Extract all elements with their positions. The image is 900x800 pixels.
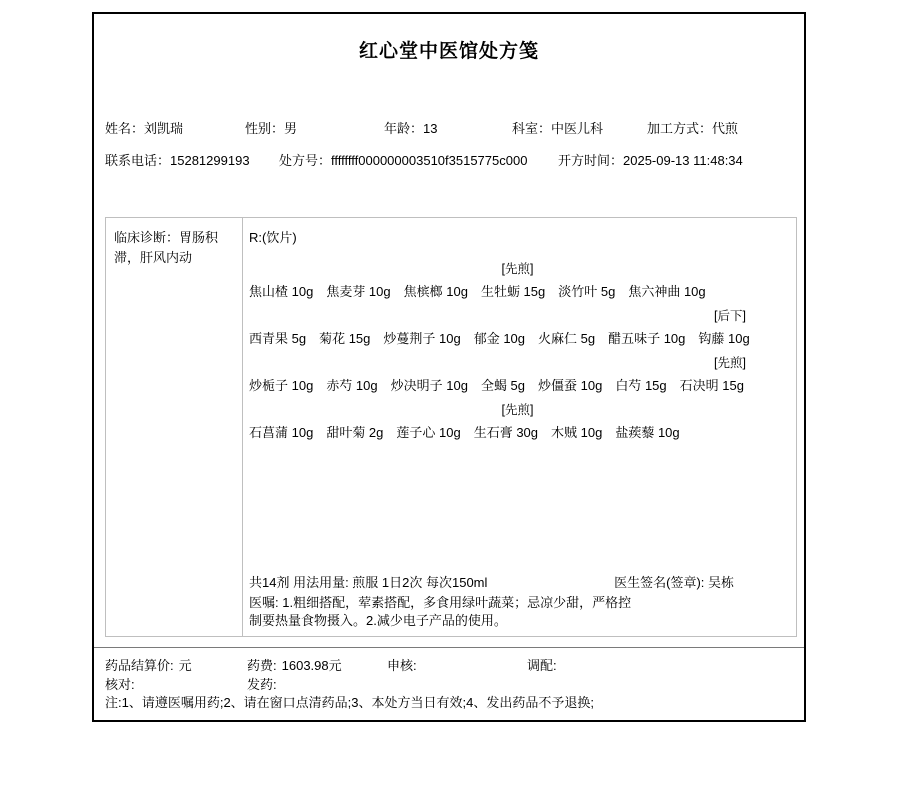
medicine-item: 木贼 10g: [551, 425, 602, 440]
medicine-item: 赤芍 10g: [326, 378, 377, 393]
department-label: 科室：: [512, 121, 551, 136]
patient-gender-value: 男: [284, 121, 297, 136]
decoction-group-label: [先煎]: [249, 354, 786, 372]
decoction-group-label: [先煎]: [249, 260, 786, 278]
medicine-item: 石菖蒲 10g: [249, 425, 313, 440]
settlement-section: 药品结算价:元 药费:1603.98元 申核: 调配: 核对: 发药: 注:1、…: [94, 647, 804, 712]
medicine-item: 焦麦芽 10g: [326, 284, 390, 299]
medicine-item: 焦山楂 10g: [249, 284, 313, 299]
clinic-title: 红心堂中医馆处方笺: [94, 36, 804, 63]
medicine-fee-field: 药费:1603.98元: [247, 655, 342, 674]
dispense-label: 发药:: [247, 677, 277, 692]
medicine-item: 莲子心 10g: [396, 425, 460, 440]
medicine-item: 甜叶菊 2g: [326, 425, 383, 440]
prescription-number-label: 处方号：: [279, 153, 331, 168]
patient-gender-label: 性别：: [245, 121, 284, 136]
medicine-item: 西青果 5g: [249, 331, 306, 346]
prescription-time-value: 2025-09-13 11:48:34: [623, 153, 743, 168]
medicine-item: 炒栀子 10g: [249, 378, 313, 393]
medicine-row: 西青果 5g菊花 15g炒蔓荆子 10g郁金 10g火麻仁 5g醋五味子 10g…: [249, 328, 786, 350]
rx-footer: 共14剂 用法用量: 煎服 1日2次 每次150ml 医生签名(签章): 吴栋 …: [249, 574, 788, 630]
medicine-item: 全蝎 5g: [481, 378, 525, 393]
medicine-item: 炒僵蚕 10g: [538, 378, 602, 393]
patient-name-field: 姓名：刘凯瑞: [105, 118, 183, 137]
patient-name-value: 刘凯瑞: [144, 121, 183, 136]
patient-age-value: 13: [423, 121, 437, 136]
medicine-item: 菊花 15g: [319, 331, 370, 346]
phone-field: 联系电话：15281299193: [105, 150, 250, 169]
medical-advice: 医嘱: 1.粗细搭配，荤素搭配，多食用绿叶蔬菜；忌凉少甜，严格控制要热量食物摄入…: [249, 594, 641, 630]
patient-name-label: 姓名：: [105, 121, 144, 136]
medicine-item: 白芍 15g: [615, 378, 666, 393]
patient-age-field: 年龄：13: [384, 118, 437, 137]
check-label: 核对:: [105, 677, 135, 692]
prescription-time-field: 开方时间：2025-09-13 11:48:34: [558, 150, 743, 169]
prescription-sheet: 红心堂中医馆处方笺 姓名：刘凯瑞 性别：男 年龄：13 科室：中医儿科 加工方式…: [92, 12, 806, 722]
processing-method-value: 代煎: [712, 121, 738, 136]
settlement-row-2: 核对: 发药:: [94, 674, 804, 692]
patient-info-row-2: 联系电话：15281299193 处方号：ffffffff00000000351…: [94, 150, 804, 168]
review-field: 申核:: [387, 655, 422, 674]
prescription-page: 红心堂中医馆处方笺 姓名：刘凯瑞 性别：男 年龄：13 科室：中医儿科 加工方式…: [0, 0, 900, 800]
medicine-item: 盐蒺藜 10g: [615, 425, 679, 440]
medicine-item: 火麻仁 5g: [538, 331, 595, 346]
decoction-group-label: [后下]: [249, 307, 786, 325]
usage-line: 共14剂 用法用量: 煎服 1日2次 每次150ml 医生签名(签章): 吴栋: [249, 574, 788, 592]
patient-gender-field: 性别：男: [245, 118, 297, 137]
settlement-price-value: 元: [179, 658, 192, 673]
settlement-price-label: 药品结算价:: [105, 658, 174, 673]
dispense-field: 发药:: [247, 674, 282, 693]
phone-label: 联系电话：: [105, 153, 170, 168]
diagnosis-text: 临床诊断：胃肠积滞，肝风内动: [106, 218, 243, 636]
review-label: 申核:: [387, 658, 417, 673]
medicine-item: 焦槟榔 10g: [404, 284, 468, 299]
medicine-item: 炒蔓荆子 10g: [383, 331, 460, 346]
medicine-item: 石决明 15g: [680, 378, 744, 393]
processing-method-field: 加工方式：代煎: [647, 118, 738, 137]
prepare-field: 调配:: [527, 655, 562, 674]
prescription-body-box: 临床诊断：胃肠积滞，肝风内动 R:(饮片) [先煎] 焦山楂 10g焦麦芽 10…: [105, 217, 797, 637]
medicine-item: 郁金 10g: [474, 331, 525, 346]
medicine-item: 钩藤 10g: [698, 331, 749, 346]
medicine-item: 焦六神曲 10g: [628, 284, 705, 299]
decoction-group-label: [先煎]: [249, 401, 786, 419]
medicine-item: 炒决明子 10g: [391, 378, 468, 393]
settlement-row-1: 药品结算价:元 药费:1603.98元 申核: 调配:: [94, 655, 804, 673]
footer-note: 注:1、请遵医嘱用药;2、请在窗口点清药品;3、本处方当日有效;4、发出药品不予…: [94, 694, 804, 712]
prepare-label: 调配:: [527, 658, 557, 673]
department-value: 中医儿科: [551, 121, 603, 136]
medicine-item: 淡竹叶 5g: [558, 284, 615, 299]
medicine-fee-value: 1603.98元: [282, 658, 342, 673]
patient-info-row-1: 姓名：刘凯瑞 性别：男 年龄：13 科室：中医儿科 加工方式：代煎: [94, 118, 804, 136]
doctor-signature: 医生签名(签章): 吴栋: [614, 574, 734, 592]
medicine-row: 炒栀子 10g赤芍 10g炒决明子 10g全蝎 5g炒僵蚕 10g白芍 15g石…: [249, 375, 786, 397]
medicine-row: 焦山楂 10g焦麦芽 10g焦槟榔 10g生牡蛎 15g淡竹叶 5g焦六神曲 1…: [249, 281, 786, 303]
patient-age-label: 年龄：: [384, 121, 423, 136]
prescription-time-label: 开方时间：: [558, 153, 623, 168]
department-field: 科室：中医儿科: [512, 118, 603, 137]
dosage-summary: 共14剂 用法用量: 煎服 1日2次 每次150ml: [249, 574, 487, 592]
rx-header: R:(饮片): [249, 230, 786, 246]
medicine-item: 生石膏 30g: [474, 425, 538, 440]
processing-method-label: 加工方式：: [647, 121, 712, 136]
settlement-price-field: 药品结算价:元: [105, 655, 192, 674]
medicines-panel: R:(饮片) [先煎] 焦山楂 10g焦麦芽 10g焦槟榔 10g生牡蛎 15g…: [243, 218, 796, 636]
prescription-number-value: ffffffff000000003510f3515775c000: [331, 153, 527, 168]
medicine-item: 生牡蛎 15g: [481, 284, 545, 299]
check-field: 核对:: [105, 674, 140, 693]
phone-value: 15281299193: [170, 153, 250, 168]
medicine-fee-label: 药费:: [247, 658, 277, 673]
medicine-item: 醋五味子 10g: [608, 331, 685, 346]
prescription-number-field: 处方号：ffffffff000000003510f3515775c000: [279, 150, 527, 169]
medicine-row: 石菖蒲 10g甜叶菊 2g莲子心 10g生石膏 30g木贼 10g盐蒺藜 10g: [249, 422, 786, 444]
